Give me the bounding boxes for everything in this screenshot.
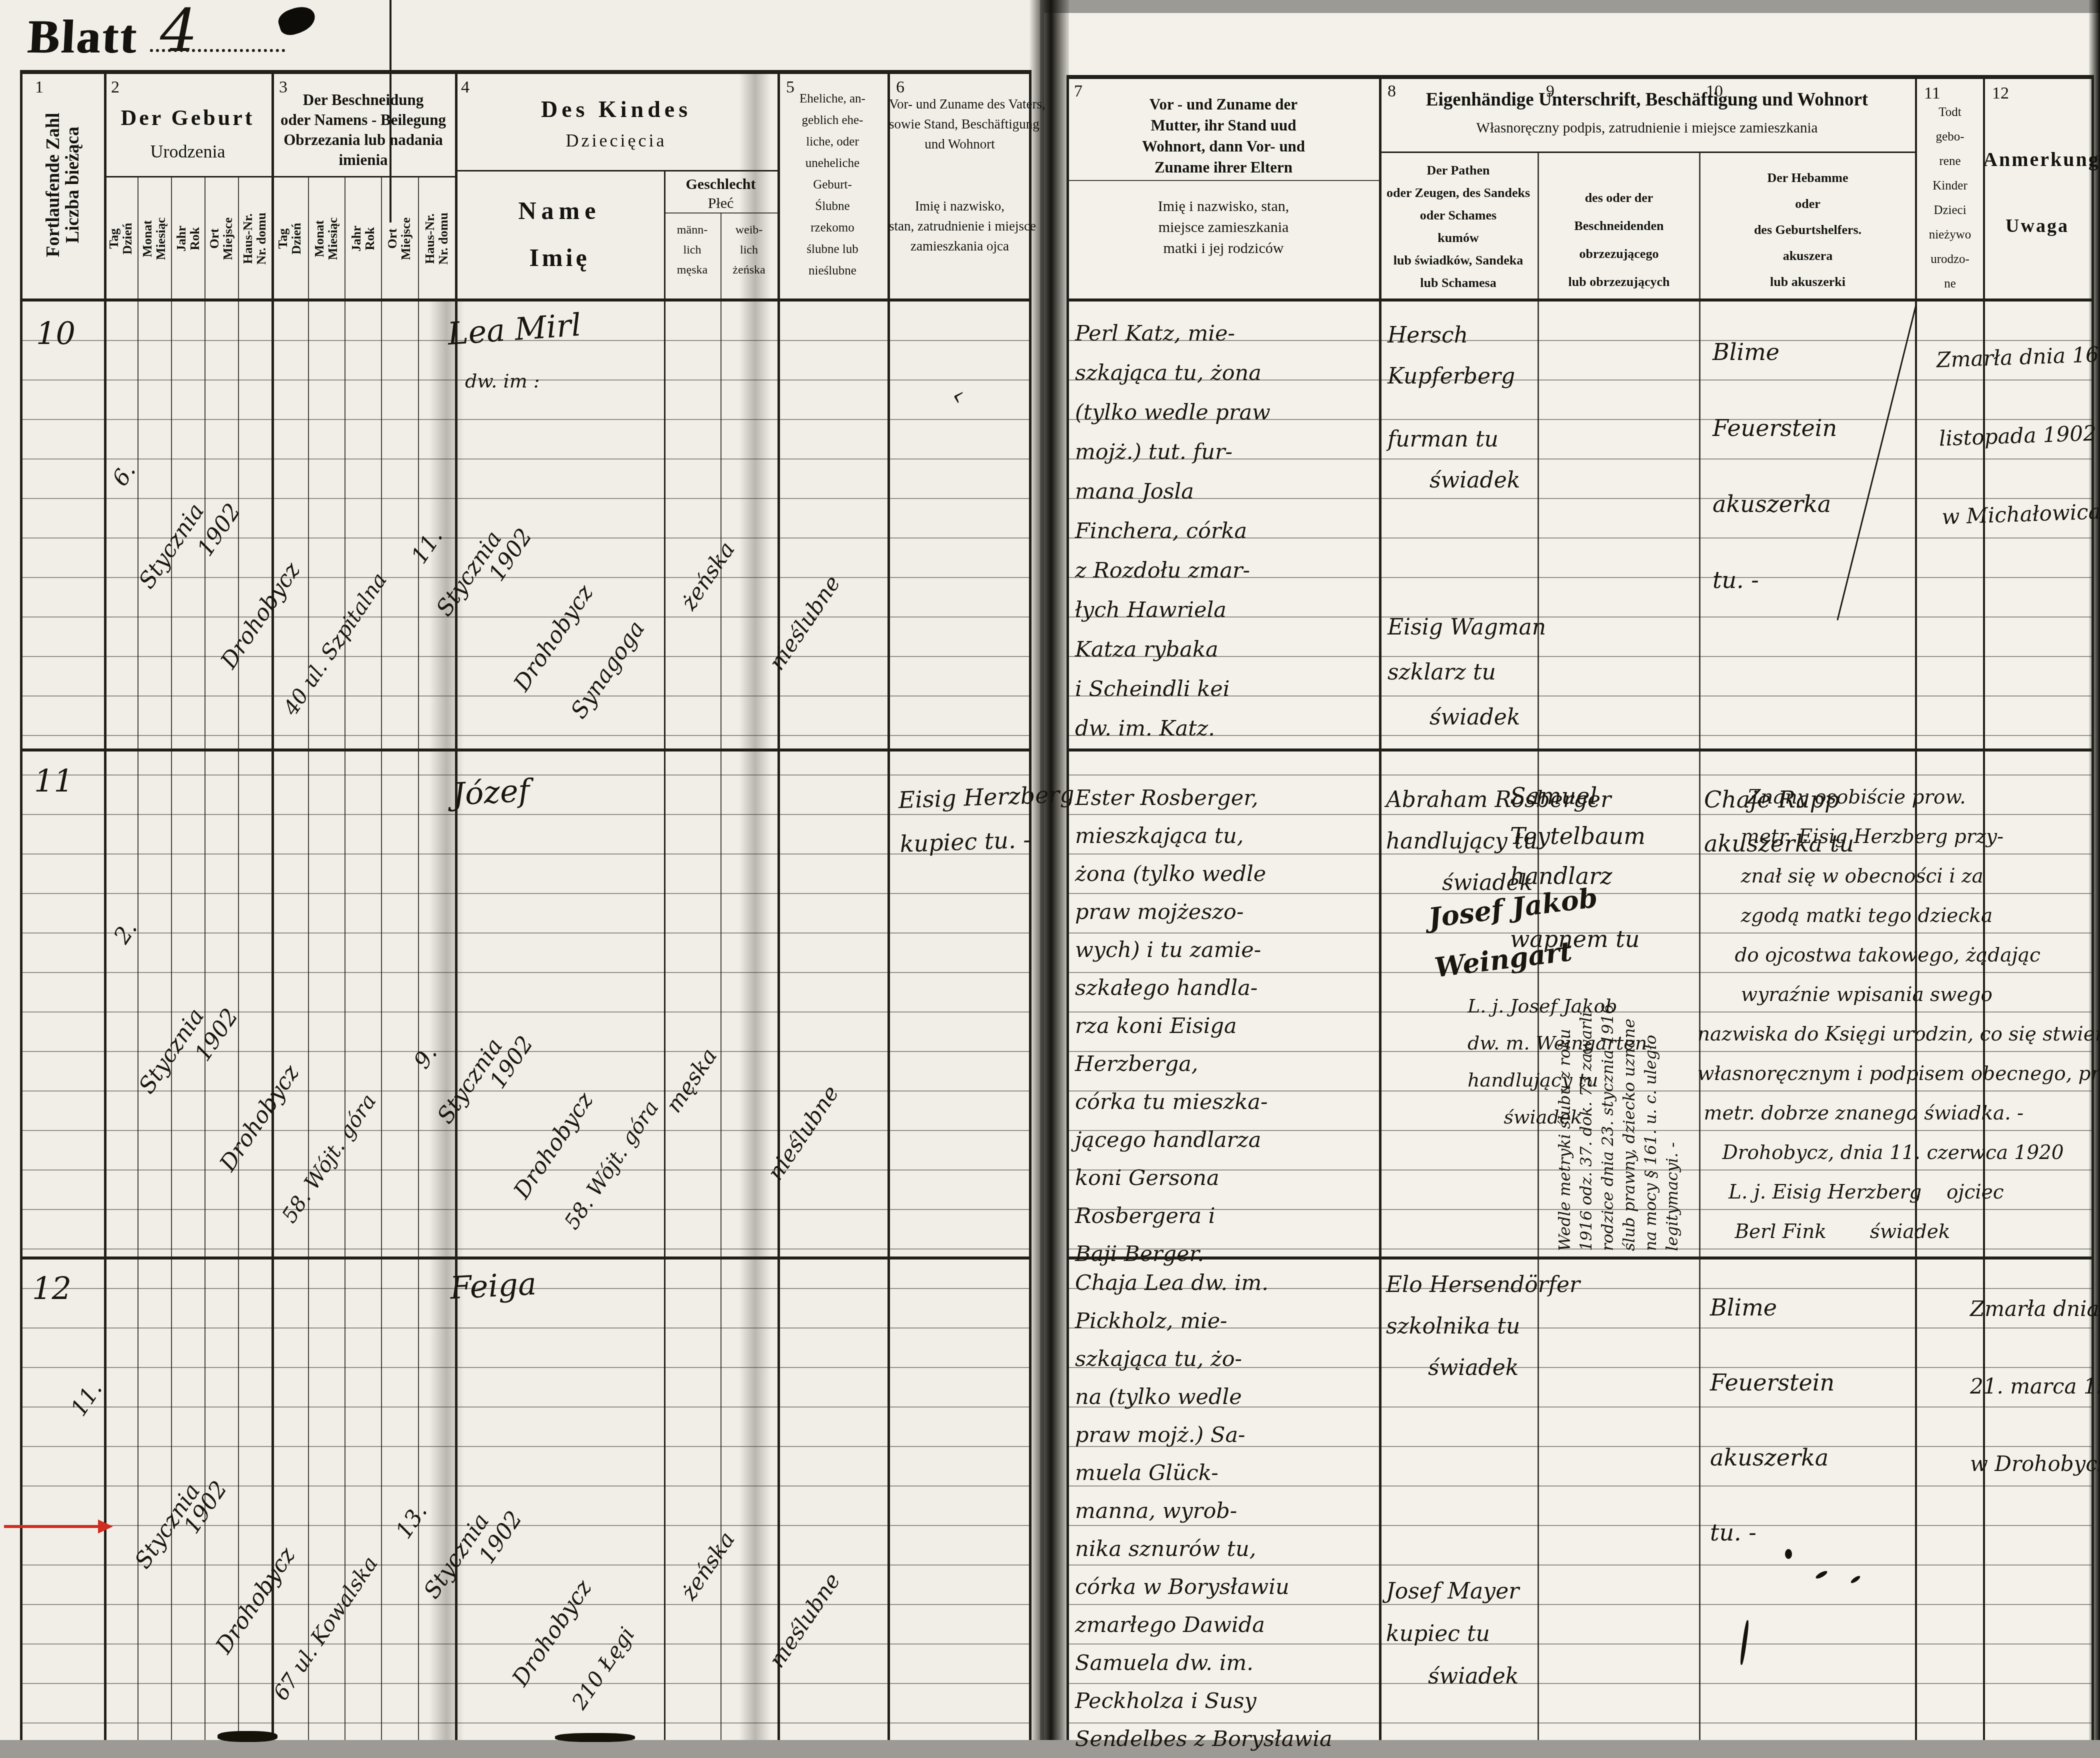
grid-line — [1066, 75, 2094, 79]
group-header-pl: Własnoręczny podpis, zatrudnienie i miej… — [1379, 120, 1915, 136]
remark-entry: Zmarła dnia 16.listopada 1902 rw Michało… — [1935, 314, 2100, 556]
mohel-entry: SamuelTeytelbaumhandlarzwapnem tu — [1510, 776, 1645, 959]
mother-entry: Ester Rosberger,mieszkająca tu,żona (tyl… — [1075, 779, 1267, 1273]
col5-header: Eheliche, an-geblich ehe-liche, oderuneh… — [777, 88, 887, 281]
entry-number: 10 — [36, 315, 75, 351]
col4-number: 4 — [461, 78, 469, 97]
col2-title-de: Der Geburt — [104, 105, 271, 130]
col3-sub-tag: TagDzień — [271, 182, 308, 295]
col6-header-pl: Imię i nazwisko,stan, zatrudnienie i mie… — [889, 196, 1030, 256]
grid-line — [104, 70, 106, 1740]
fold-seam — [1029, 0, 1069, 1740]
col4-sex-pl: Płeć — [664, 195, 777, 212]
entry-separator — [20, 1256, 1031, 1259]
child-name: Feiga — [449, 1265, 537, 1306]
grid-line — [1379, 151, 1915, 153]
sheet-label: Blatt — [26, 9, 139, 64]
col2-sub-jahr: JahrRok — [171, 182, 204, 295]
mother-entry: Perl Katz, mie-szkająca tu, żona(tylko w… — [1075, 314, 1270, 748]
col2-number: 2 — [111, 78, 119, 97]
remark-entry: Zmarła dnia21. marca 1917w Drohobyczu. - — [1970, 1270, 2100, 1502]
col7-header-de: Vor - und Zuname derMutter, ihr Stand uu… — [1068, 94, 1379, 178]
col7-header-pl: Imię i nazwisko, stan,miejsce zamieszkan… — [1068, 196, 1379, 259]
child-name-note: dw. im : — [465, 370, 540, 392]
col4-sex-female: weib-lichżeńska — [720, 220, 777, 280]
grid-line — [20, 70, 1031, 74]
grid-line — [271, 70, 274, 1740]
col12-header-pl: Uwaga — [1983, 215, 2091, 237]
col4-title-pl: Dziecięcia — [455, 130, 777, 151]
remark-entry: Znany osobiście prow. metr. Eisig Herzbe… — [1697, 777, 2100, 1251]
grid-line — [887, 70, 890, 1740]
col10-header: Der Hebammeoderdes Geburtshelfers.akusze… — [1700, 165, 1915, 295]
col2-sub-monat: MonatMiesiąc — [137, 182, 171, 295]
grid-line — [381, 176, 382, 1740]
register-scan: Blatt 4 1 Fortlaufende Zahl Liczb — [0, 0, 2100, 1740]
col4-name-de: Name — [455, 196, 664, 225]
col4-sex-de: Geschlecht — [664, 176, 777, 193]
col4-title-de: Des Kindes — [455, 96, 777, 122]
witness-1: Elo Hersendörferszkolnika tu świadek — [1386, 1264, 1580, 1388]
midwife-entry: BlimeFeuersteinakuszerkatu. - — [1710, 1270, 1834, 1570]
ink-smudge — [555, 1733, 635, 1740]
midwife-entry: BlimeFeuersteinakuszerkatu. - — [1712, 314, 1837, 618]
grid-line — [104, 176, 455, 177]
grid-line — [308, 176, 309, 1740]
col9-header: des oder derBeschneidendenobrzezującegol… — [1539, 184, 1699, 296]
father-entry: Eisig Herzbergkupiec tu. - — [897, 772, 1076, 866]
col3-sub-jahr: JahrRok — [344, 182, 381, 295]
grid-line — [238, 176, 239, 1740]
col11-header: Todtgebo-reneKinderDziecinieżywourodzo-n… — [1917, 100, 1983, 296]
col12-number: 12 — [1992, 84, 2009, 103]
grid-line — [137, 176, 138, 1740]
witness-2: Josef Mayerkupiec tu świadek — [1386, 1570, 1519, 1697]
grid-line — [1066, 180, 1379, 181]
col2-sub-ort: OrtMiejsce — [204, 182, 238, 295]
entry-number: 12 — [32, 1270, 71, 1306]
col6-header-de: Vor- und Zuname des Vaters,sowie Stand, … — [889, 94, 1030, 154]
witness-1: HerschKupferbergfurman tu świadek — [1387, 315, 1520, 501]
grid-line — [777, 70, 780, 1740]
col3-title: Der Beschneidungoder Namens - BeilegungO… — [271, 90, 455, 170]
grid-line — [1379, 75, 1381, 1740]
ink-smudge — [217, 1731, 277, 1740]
grid-line — [455, 170, 777, 171]
col3-sub-ort: OrtMiejsce — [381, 182, 418, 295]
col1-header-pl: Liczba bieżąca — [63, 113, 82, 257]
ink-smudge — [1785, 1549, 1792, 1559]
dotted-rule — [150, 49, 285, 52]
col8-header: Der Pathenoder Zeugen, des Sandeksoder S… — [1379, 159, 1537, 294]
grid-line — [1029, 70, 1031, 1740]
witness-2: Eisig Wagmanszklarz tu świadek — [1387, 605, 1546, 740]
col4-name-pl: Imię — [455, 243, 664, 272]
red-arrow — [4, 1525, 99, 1528]
sheet-number: 4 — [160, 0, 197, 65]
col4-sex-male: männ-lichmęska — [664, 220, 720, 280]
entry-separator — [20, 748, 1031, 751]
grid-line — [344, 176, 345, 1740]
entry-separator — [1066, 748, 2094, 751]
grid-line — [664, 170, 665, 1740]
col12-header-de: Anmerkung — [1983, 147, 2091, 171]
grid-line — [20, 70, 22, 1740]
col2-sub-tag: TagDzień — [104, 182, 137, 295]
col1-header: Fortlaufende Zahl Liczba bieżąca — [22, 75, 104, 295]
mother-entry: Chaja Lea dw. im.Pickholz, mie-szkająca … — [1075, 1264, 1332, 1740]
grid-line — [1066, 75, 1069, 1740]
grid-line — [720, 212, 721, 1740]
col3-sub-monat: MonatMiesiąc — [308, 182, 344, 295]
col1-header-de: Fortlaufende Zahl — [43, 113, 63, 257]
col3-sub-hausnr: Haus-Nr.Nr. domu — [418, 182, 455, 295]
col2-title-pl: Urodzenia — [104, 141, 271, 162]
child-name: Józef — [451, 772, 530, 812]
col2-sub-hausnr: Haus-Nr.Nr. domu — [238, 182, 271, 295]
entry-number: 11 — [34, 762, 73, 799]
red-arrow-head — [98, 1519, 113, 1533]
grid-line — [1066, 298, 2094, 301]
group-header-de: Eigenhändige Unterschrift, Beschäftigung… — [1379, 89, 1915, 110]
